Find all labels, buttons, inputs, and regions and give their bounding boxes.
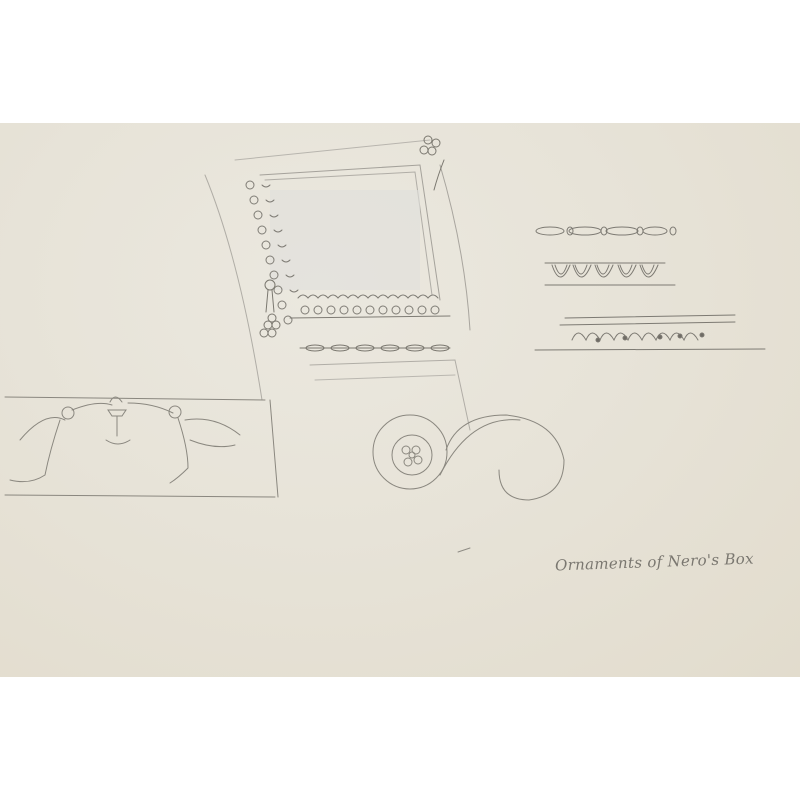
sketch-drawings bbox=[0, 123, 800, 677]
rosette-scroll-sketch bbox=[373, 415, 564, 500]
winged-figures-frieze-sketch bbox=[5, 397, 278, 497]
paper-sheet: Ornaments of Nero's Box bbox=[0, 123, 800, 677]
corner-frame-sketch bbox=[205, 136, 470, 430]
moulding-bands bbox=[535, 227, 765, 350]
